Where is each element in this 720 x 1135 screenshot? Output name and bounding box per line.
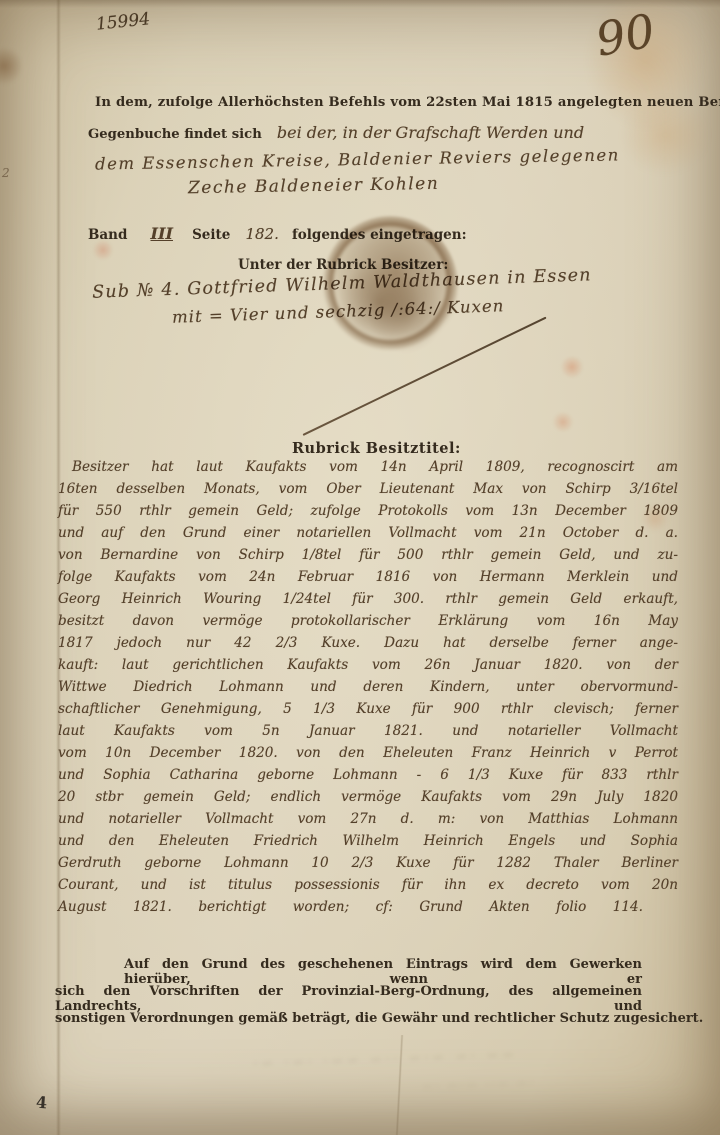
intro-printed-line2: Gegenbuche findet sich <box>88 127 262 142</box>
top-edge-shadow <box>0 0 720 8</box>
paper-stain <box>552 412 574 432</box>
bleedthrough-writing: ·~ ~·· ~·~ ·~ <box>420 1076 534 1095</box>
document-page: 15994 90 2 In dem, zufolge Allerhöchsten… <box>0 0 720 1135</box>
intro-hand-line3: dem Essenschen Kreise, Baldenier Reviers… <box>95 145 620 173</box>
besitztitel-heading: Rubrick Besitztitel: <box>292 440 461 457</box>
archival-number: 15994 <box>95 9 151 35</box>
seite-value: 182. <box>245 225 278 243</box>
paper-stain <box>92 240 114 260</box>
intro-line2: Gegenbuche findet sich bei der, in der G… <box>88 123 584 142</box>
corner-mark: 4 <box>35 1093 47 1113</box>
paper-stain <box>0 46 22 86</box>
intro-hand-line2: bei der, in der Grafschaft Werden und <box>277 123 584 142</box>
seal-stain <box>322 216 458 356</box>
band-value: III <box>151 224 173 243</box>
seite-label: Seite <box>192 227 230 243</box>
bleedthrough-writing: ~~ ·~ ~·~ ··~ ~~· ·~· ~· <box>250 1045 515 1072</box>
besitztitel-line: August 1821. berichtigt worden; cf: Grun… <box>58 899 643 931</box>
paper-stain <box>560 356 584 378</box>
intro-printed-line1: In dem, zufolge Allerhöchsten Befehls vo… <box>95 95 720 110</box>
footer-line: sonstigen Verordnungen gemäß beträgt, di… <box>55 1011 703 1026</box>
band-label: Band <box>88 227 127 243</box>
margin-mark: 2 <box>2 166 10 180</box>
intro-hand-line4: Zeche Baldeneier Kohlen <box>188 174 440 198</box>
folio-number: 90 <box>592 3 659 66</box>
